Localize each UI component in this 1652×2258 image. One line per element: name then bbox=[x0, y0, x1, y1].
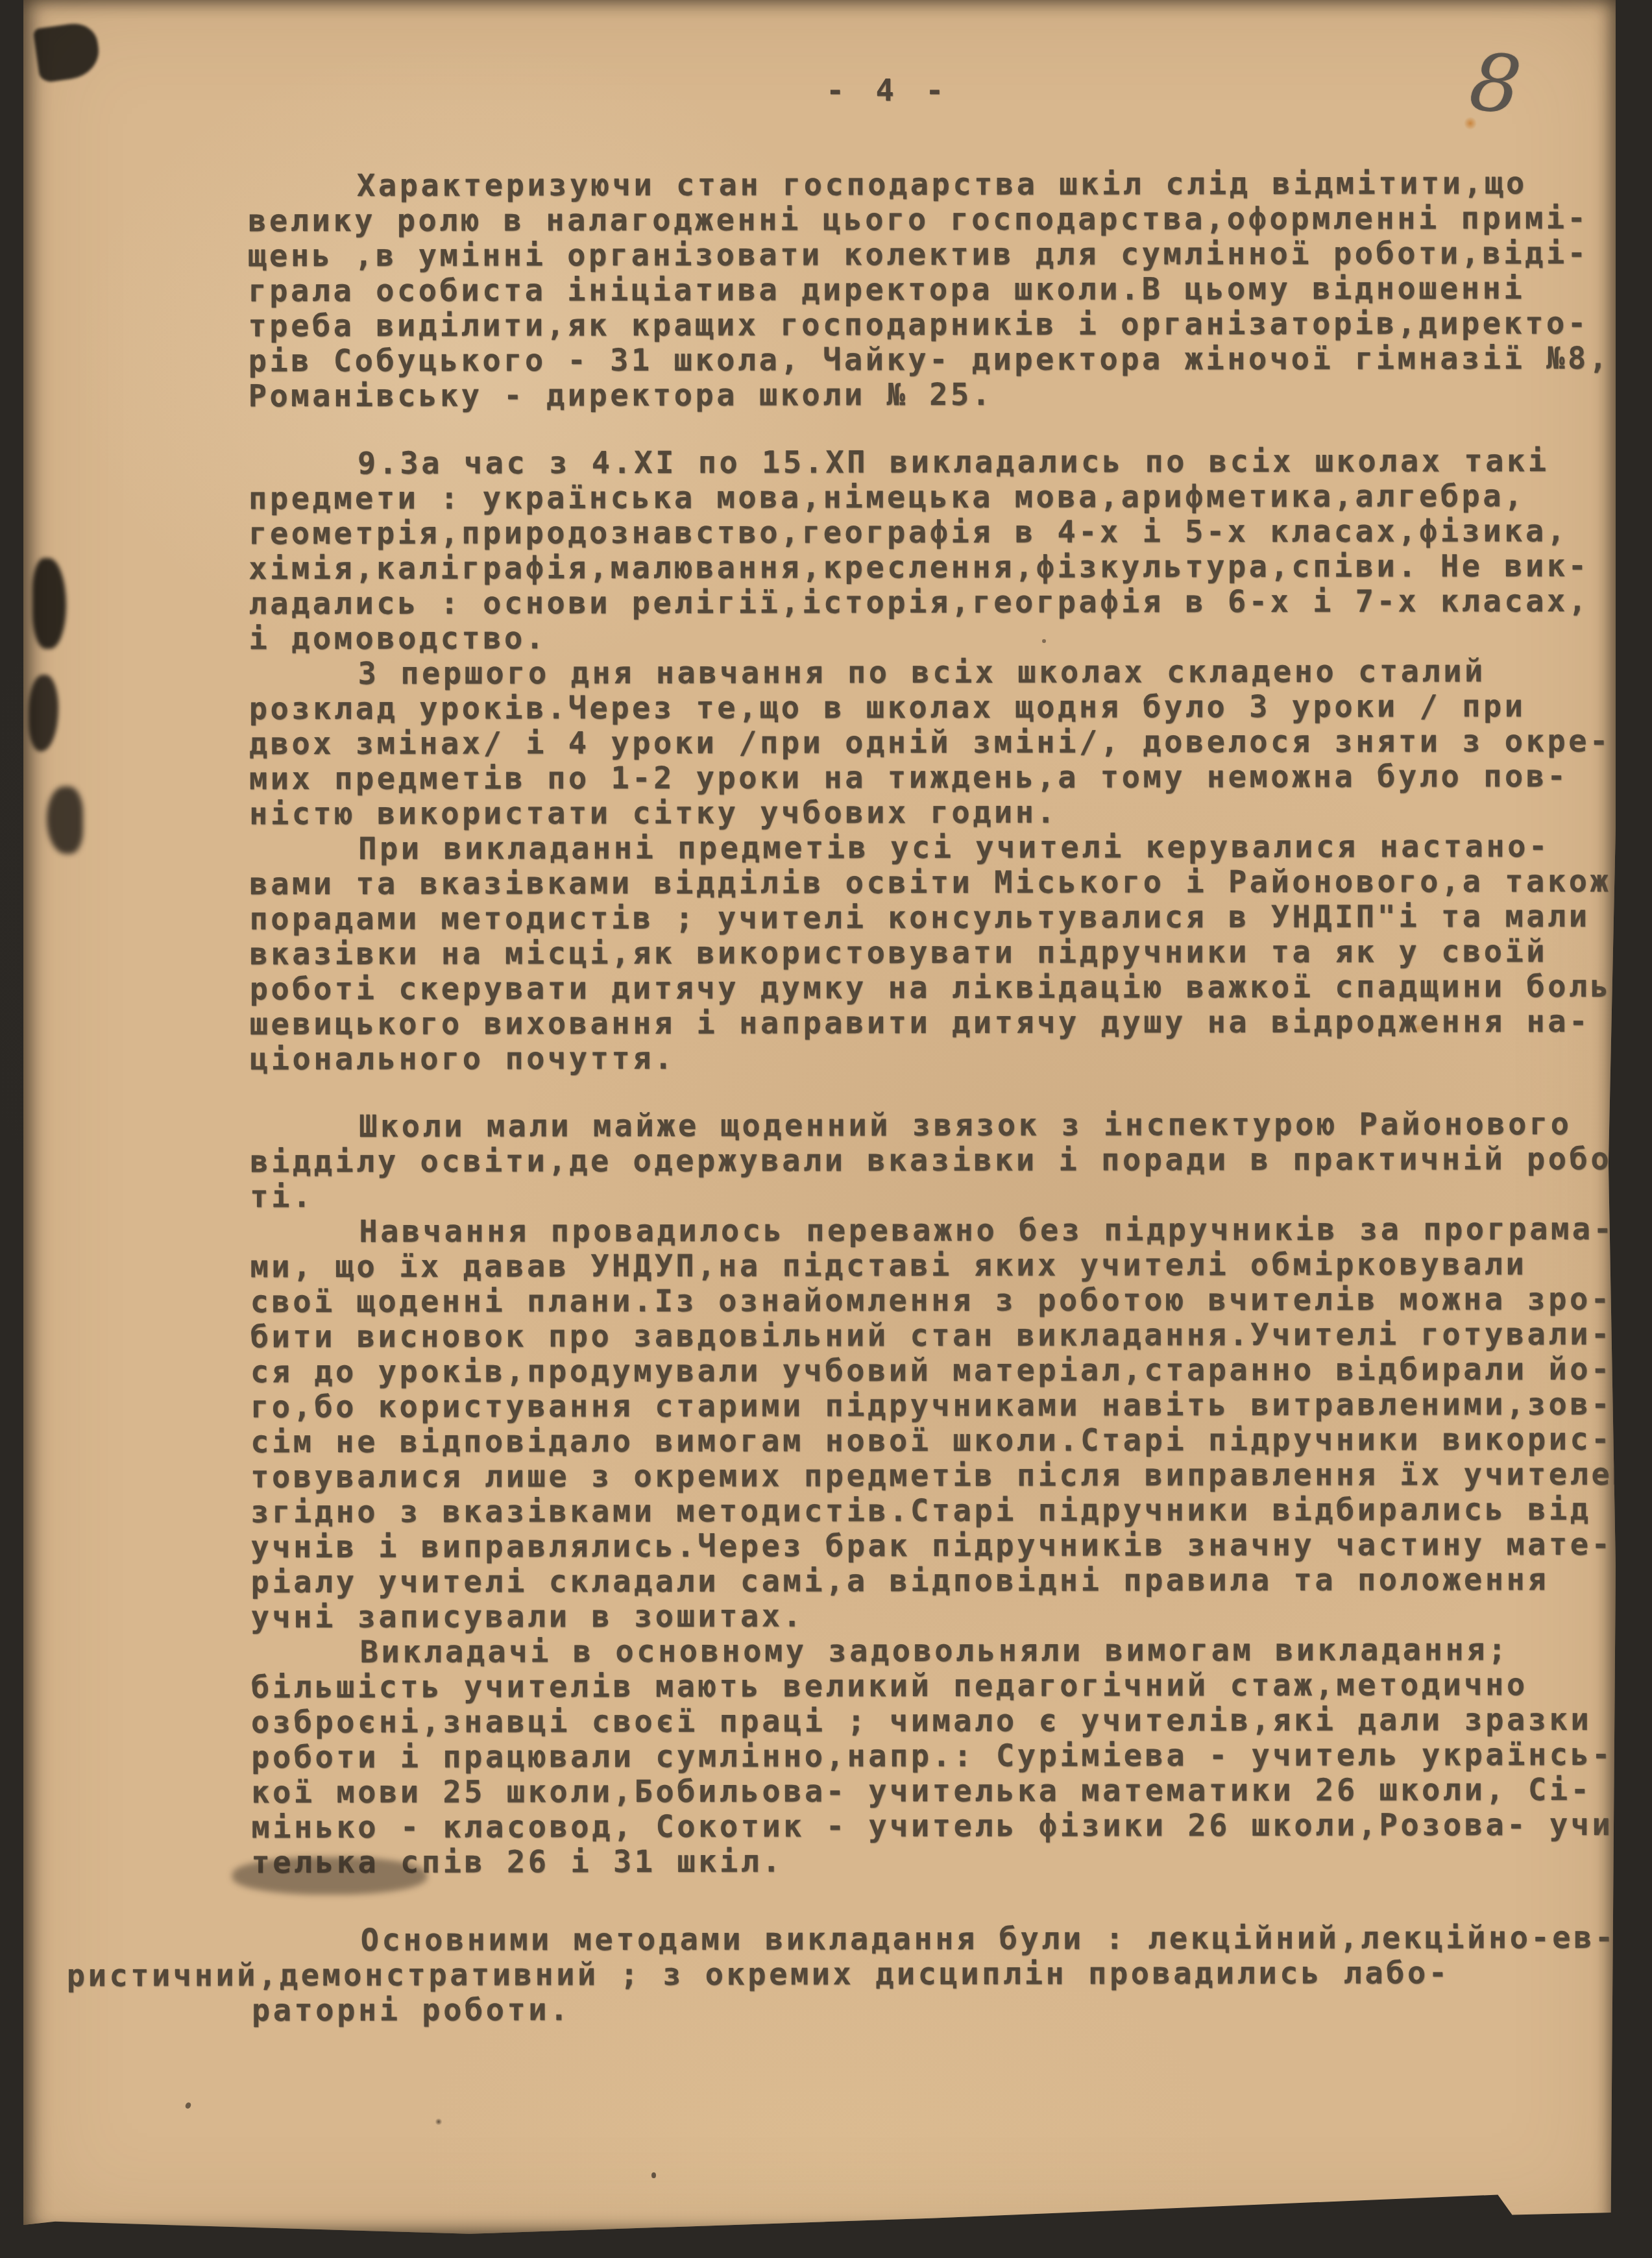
paragraph-p8: Основними методами викладання були : лек… bbox=[252, 1921, 1647, 2029]
text-line: двох змінах/ і 4 уроки /при одній зміні/… bbox=[249, 724, 1644, 762]
text-line: Основними методами викладання були : лек… bbox=[252, 1921, 1647, 1959]
text-line: відділу освіти,де одержували вказівки і … bbox=[250, 1142, 1645, 1180]
text-line: Школи мали майже щоденний звязок з інспе… bbox=[250, 1107, 1645, 1145]
text-line: го,бо користування старими підручниками … bbox=[250, 1387, 1646, 1426]
text-line: треба виділити,як кращих господарників і… bbox=[248, 306, 1643, 345]
document-text: Характеризуючи стан господарства шкіл сл… bbox=[248, 166, 1647, 2028]
text-line: раторні роботи. bbox=[252, 1991, 1647, 2029]
text-line: З першого дня навчання по всіх школах ск… bbox=[249, 654, 1644, 692]
text-line: свої щоденні плани.Із ознайомлення з роб… bbox=[250, 1282, 1646, 1320]
text-line: хімія,каліграфія,малювання,креслення,фіз… bbox=[249, 549, 1644, 587]
text-line: вказівки на місці,як використовувати під… bbox=[249, 934, 1644, 973]
text-line: роботи і працювали сумлінно,напр.: Сурім… bbox=[251, 1738, 1646, 1776]
text-line: грала особиста ініціатива директора школ… bbox=[248, 271, 1643, 310]
scan-corner-shadow bbox=[33, 21, 103, 84]
text-line: згідно з вказівками методистів.Старі під… bbox=[250, 1492, 1646, 1531]
text-line: озброєні,знавці своєї праці ; чимало є у… bbox=[251, 1703, 1646, 1741]
text-line: товувалися лише з окремих предметів післ… bbox=[250, 1457, 1646, 1496]
text-line: шевицького виховання і направити дитячу … bbox=[250, 1004, 1645, 1043]
text-line: більшість учителів мають великий педагог… bbox=[251, 1668, 1646, 1706]
text-line: учні записували в зошитах. bbox=[251, 1597, 1646, 1636]
text-line: Романівську - директора школи № 25. bbox=[249, 376, 1644, 415]
scan-edge-mark bbox=[32, 558, 66, 649]
text-line: ся до уроків,продумували учбовий матеріа… bbox=[250, 1352, 1646, 1390]
text-line: геометрія,природознавство,географія в 4-… bbox=[249, 514, 1644, 552]
paragraph-p3: З першого дня навчання по всіх школах ск… bbox=[249, 654, 1645, 832]
text-line: Характеризуючи стан господарства шкіл сл… bbox=[248, 166, 1643, 204]
paper-speck bbox=[651, 2172, 656, 2178]
paragraph-p5: Школи мали майже щоденний звязок з інспе… bbox=[250, 1107, 1645, 1215]
text-line: бити висновок про завдовільний стан викл… bbox=[250, 1317, 1646, 1355]
text-line: кої мови 25 школи,Бобильова- учителька м… bbox=[251, 1773, 1646, 1811]
text-line: Викладачі в основному задовольняли вимог… bbox=[251, 1633, 1646, 1671]
text-line: ріалу учителі складали самі,а відповідні… bbox=[251, 1562, 1646, 1601]
text-line: роботі скерувати дитячу думку на ліквіда… bbox=[250, 969, 1645, 1008]
text-line: При викладанні предметів усі учителі кер… bbox=[249, 829, 1644, 868]
paragraph-p2: 9.За час з 4.ХІ по 15.ХП викладались по … bbox=[249, 444, 1644, 657]
text-line: порадами методистів ; учителі консультув… bbox=[249, 899, 1644, 938]
page-number: - 4 - bbox=[826, 73, 950, 108]
text-line: сім не відповідало вимогам нової школи.С… bbox=[250, 1422, 1646, 1461]
text-line: ті. bbox=[250, 1177, 1645, 1215]
text-line: мих предметів по 1-2 уроки на тиждень,а … bbox=[249, 759, 1644, 797]
scan-edge-mark bbox=[29, 675, 58, 751]
paragraph-p7: Викладачі в основному задовольняли вимог… bbox=[251, 1633, 1647, 1881]
paper-speck bbox=[184, 2102, 192, 2110]
text-line: учнів і виправлялись.Через брак підручни… bbox=[250, 1527, 1646, 1566]
text-line: мінько - класовод, Сокотик - учитель фіз… bbox=[251, 1808, 1646, 1846]
handwritten-page-mark: 8 bbox=[1466, 35, 1525, 132]
scan-edge-mark bbox=[47, 786, 83, 854]
text-line: 9.За час з 4.ХІ по 15.ХП викладались по … bbox=[249, 444, 1644, 482]
text-line: Навчання провадилось переважно без підру… bbox=[250, 1212, 1645, 1250]
paragraph-p6: Навчання провадилось переважно без підру… bbox=[250, 1212, 1646, 1636]
text-line: і домоводство. bbox=[249, 619, 1644, 657]
text-line: ми, що їх давав УНДУП,на підставі яких у… bbox=[250, 1247, 1645, 1285]
text-line: розклад уроків.Через те,що в школах щодн… bbox=[249, 689, 1644, 727]
text-line: ціонального почуття. bbox=[250, 1039, 1645, 1078]
text-line: предмети : українська мова,німецька мова… bbox=[249, 479, 1644, 517]
text-line: вами та вказівками відділів освіти Міськ… bbox=[249, 864, 1644, 903]
text-line: ладались : основи релігії,історія,геогра… bbox=[249, 584, 1644, 622]
paragraph-p1: Характеризуючи стан господарства шкіл сл… bbox=[248, 166, 1644, 415]
document-page: - 4 - 8 Характеризуючи стан господарства… bbox=[23, 0, 1616, 2237]
text-line: телька спів 26 і 31 шкіл. bbox=[251, 1843, 1646, 1881]
text-line: велику ролю в налагодженні цього господа… bbox=[248, 201, 1643, 239]
text-line: щень ,в умінні організовати колектив для… bbox=[248, 236, 1643, 274]
text-line: ністю використати сітку учбових годин. bbox=[249, 794, 1644, 832]
text-line: рів Собуцького - 31 школа, Чайку- директ… bbox=[249, 341, 1644, 380]
text-line: ристичний,демонстративний ; з окремих ди… bbox=[67, 1956, 1647, 1994]
paragraph-p4: При викладанні предметів усі учителі кер… bbox=[249, 829, 1645, 1078]
